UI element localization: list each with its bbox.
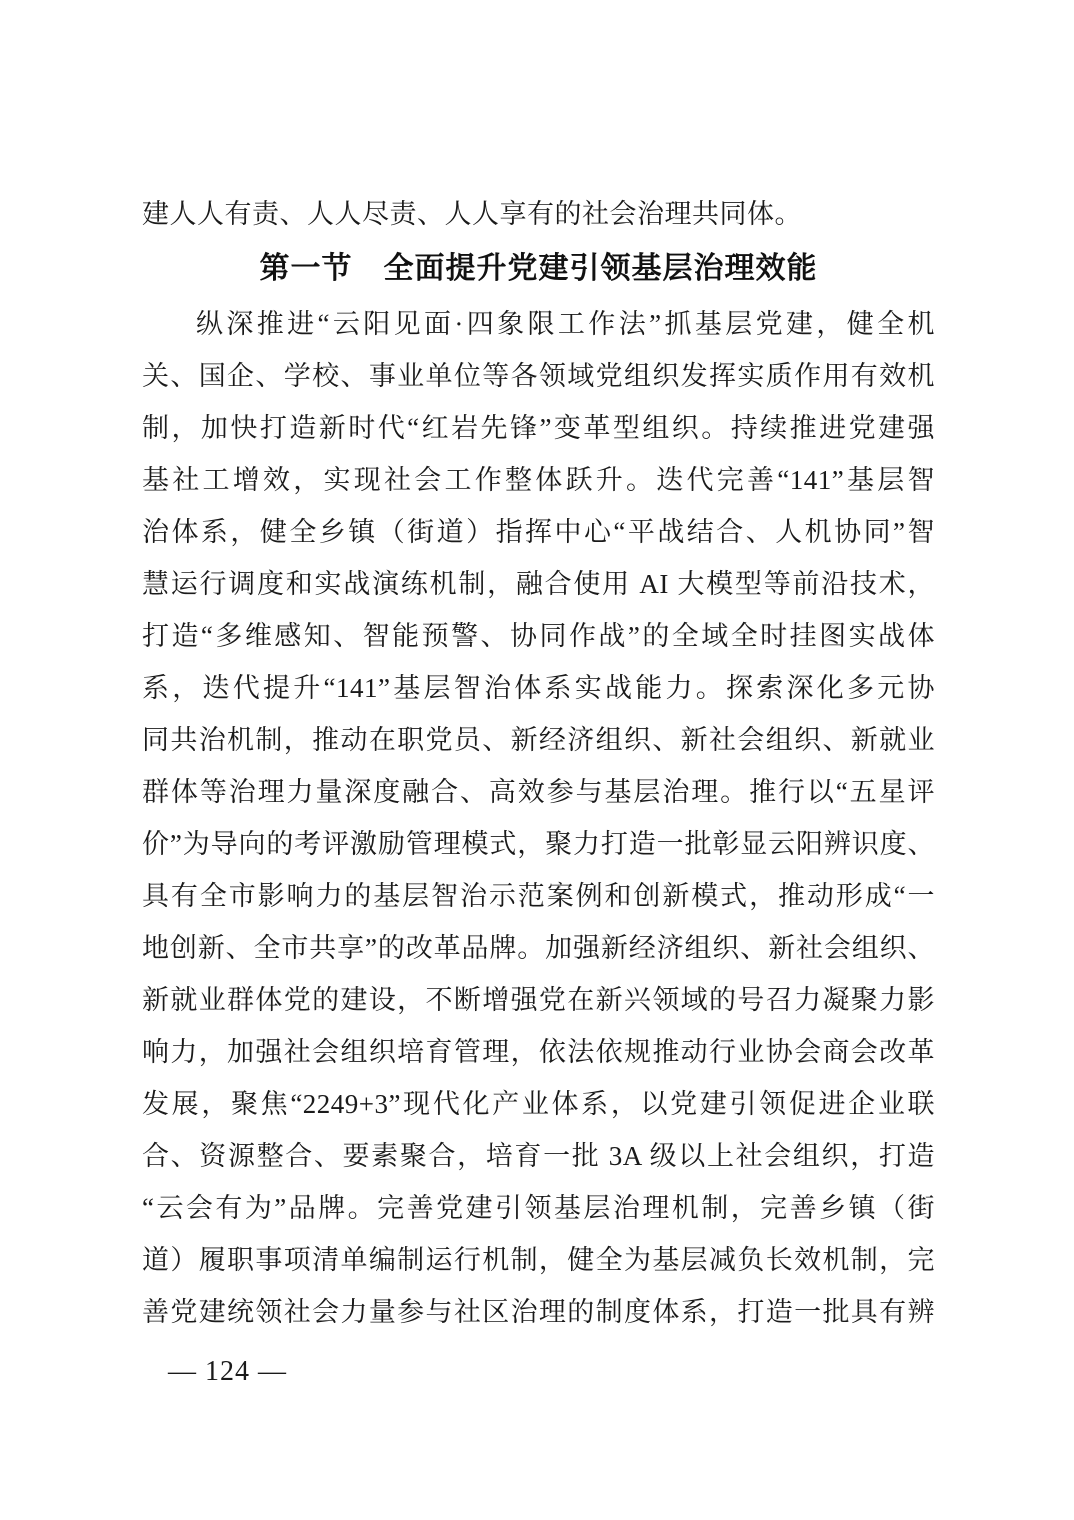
body-line: 治体系，健全乡镇（街道）指挥中心“平战结合、人机协同”智 xyxy=(142,506,935,558)
body-line: 道）履职事项清单编制运行机制，健全为基层减负长效机制，完 xyxy=(142,1234,935,1286)
body-line: 群体等治理力量深度融合、高效参与基层治理。推行以“五星评 xyxy=(142,766,935,818)
section-heading: 第一节 全面提升党建引领基层治理效能 xyxy=(142,243,935,295)
body-line: 地创新、全市共享”的改革品牌。加强新经济组织、新社会组织、 xyxy=(142,922,935,974)
body-line: 系，迭代提升“141”基层智治体系实战能力。探索深化多元协 xyxy=(142,662,935,714)
body-line: 慧运行调度和实战演练机制，融合使用 AI 大模型等前沿技术， xyxy=(142,558,935,610)
page-body: 建人人有责、人人尽责、人人享有的社会治理共同体。 第一节 全面提升党建引领基层治… xyxy=(142,188,935,1338)
body-line: 纵深推进“云阳见面·四象限工作法”抓基层党建，健全机 xyxy=(142,298,935,350)
body-line: 发展，聚焦“2249+3”现代化产业体系，以党建引领促进企业联 xyxy=(142,1078,935,1130)
body-line: 具有全市影响力的基层智治示范案例和创新模式，推动形成“一 xyxy=(142,870,935,922)
body-line: 同共治机制，推动在职党员、新经济组织、新社会组织、新就业 xyxy=(142,714,935,766)
body-line: 价”为导向的考评激励管理模式，聚力打造一批彰显云阳辨识度、 xyxy=(142,818,935,870)
body-line: 善党建统领社会力量参与社区治理的制度体系，打造一批具有辨 xyxy=(142,1286,935,1338)
body-line: 合、资源整合、要素聚合，培育一批 3A 级以上社会组织，打造 xyxy=(142,1130,935,1182)
body-line: “云会有为”品牌。完善党建引领基层治理机制，完善乡镇（街 xyxy=(142,1182,935,1234)
body-line: 响力，加强社会组织培育管理，依法依规推动行业协会商会改革 xyxy=(142,1026,935,1078)
page-number: — 124 — xyxy=(168,1346,287,1398)
body-paragraph: 纵深推进“云阳见面·四象限工作法”抓基层党建，健全机 关、国企、学校、事业单位等… xyxy=(142,298,935,1338)
body-line: 基社工增效，实现社会工作整体跃升。迭代完善“141”基层智 xyxy=(142,454,935,506)
paragraph-continuation-line: 建人人有责、人人尽责、人人享有的社会治理共同体。 xyxy=(142,188,935,240)
body-line: 关、国企、学校、事业单位等各领域党组织发挥实质作用有效机 xyxy=(142,350,935,402)
body-line: 制，加快打造新时代“红岩先锋”变革型组织。持续推进党建强 xyxy=(142,402,935,454)
body-line: 打造“多维感知、智能预警、协同作战”的全域全时挂图实战体 xyxy=(142,610,935,662)
body-line: 新就业群体党的建设，不断增强党在新兴领域的号召力凝聚力影 xyxy=(142,974,935,1026)
document-page: 建人人有责、人人尽责、人人享有的社会治理共同体。 第一节 全面提升党建引领基层治… xyxy=(0,0,1074,1520)
